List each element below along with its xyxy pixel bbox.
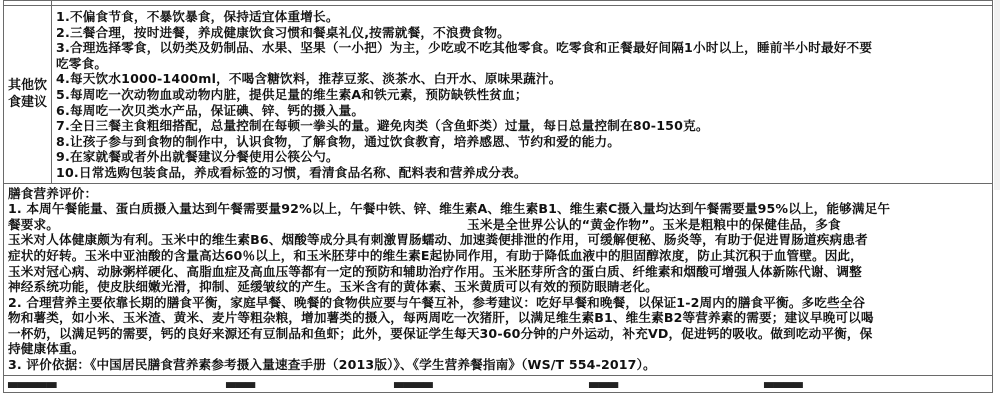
- evaluation-line: 物和薯类，如小米、玉米渣、黄米、麦片等粗杂粮，增加薯类的摄入，每两周吃一次猪肝，…: [8, 310, 988, 326]
- scroll-edge: [994, 0, 1000, 190]
- cropped-text-fragment: ▀▀▀▀: [764, 382, 803, 388]
- evaluation-title: 膳食营养评价：: [8, 186, 988, 202]
- evaluation-line: 1. 本周午餐能量、蛋白质摄入量达到午餐需要量92%以上，午餐中铁、锌、维生素A…: [8, 201, 988, 217]
- evaluation-line: 3. 评价依据：《中国居民膳食营养素参考摄入量速查手册（2013版）》、《学生营…: [8, 357, 988, 373]
- evaluation-line: 餐要求。 玉米是全世界公认的“黄金作物”。玉米是粗粮中的保健佳品，多食: [8, 217, 988, 233]
- advice-item: 8.让孩子参与到食物的制作中，认识食物，了解食物，通过饮食教育，培养感恩、节约和…: [56, 134, 988, 150]
- advice-item: 1.不偏食节食，不暴饮暴食，保持适宜体重增长。: [56, 9, 988, 25]
- advice-item: 4.每天饮水1000-1400ml，不喝含糖饮料，推荐豆浆、淡茶水、白开水、原味…: [56, 71, 988, 87]
- evaluation-line: 玉米对人体健康颇为有利。玉米中的维生素B6、烟酸等成分具有刺激胃肠蠕动、加速粪便…: [8, 232, 988, 248]
- evaluation-line: 症状的好转。玉米中亚油酸的含量高达60％以上，和玉米胚芽中的维生素E起协同作用，…: [8, 248, 988, 264]
- advice-item: 9.在家就餐或者外出就餐建议分餐使用公筷公勺。: [56, 149, 988, 165]
- advice-item-continued: 吃零食。: [56, 56, 988, 72]
- signature-row-clip: ▀▀▀▀▀ ▀▀▀ ▀▀▀▀ ▀▀▀ ▀▀▀▀: [4, 376, 992, 388]
- advice-item: 7.全日三餐主食粗细搭配，总量控制在每顿一拳头的量。避免肉类（含鱼虾类）过量，每…: [56, 118, 988, 134]
- signature-row-cropped: ▀▀▀▀▀ ▀▀▀ ▀▀▀▀ ▀▀▀ ▀▀▀▀: [4, 375, 993, 392]
- evaluation-line: 玉米对冠心病、动脉粥样硬化、高脂血症及高血压等都有一定的预防和辅助治疗作用。玉米…: [8, 264, 988, 280]
- other-diet-advice-label: 其他饮 食建议: [4, 6, 52, 184]
- advice-item: 2.三餐合理，按时进餐，养成健康饮食习惯和餐桌礼仪,按需就餐，不浪费食物。: [56, 25, 988, 41]
- evaluation-line: 一杯奶，以满足钙的需要，钙的良好来源还有豆制品和鱼虾；此外，要保证学生每天30-…: [8, 326, 988, 342]
- cropped-text-fragment: ▀▀▀: [589, 382, 618, 388]
- advice-item: 6.每周吃一次贝类水产品，保证碘、锌、钙的摄入量。: [56, 103, 988, 119]
- cropped-text-fragment: ▀▀▀▀: [394, 382, 433, 388]
- evaluation-line: 神经系统功能，使皮肤细嫩光滑，抑制、延缓皱纹的产生。玉米含有的黄体素、玉米黄质可…: [8, 279, 988, 295]
- other-diet-advice-row: 其他饮 食建议 1.不偏食节食，不暴饮暴食，保持适宜体重增长。 2.三餐合理，按…: [4, 6, 993, 184]
- advice-item: 3.合理选择零食，以奶类及奶制品、水果、坚果（一小把）为主，少吃或不吃其他零食。…: [56, 40, 988, 56]
- advice-item: 10.日常选购包装食品，养成看标签的习惯，看清食品名称、配料表和营养成分表。: [56, 165, 988, 181]
- cropped-text-fragment: ▀▀▀: [226, 382, 255, 388]
- nutrition-report-table: 其他饮 食建议 1.不偏食节食，不暴饮暴食，保持适宜体重增长。 2.三餐合理，按…: [3, 0, 993, 393]
- evaluation-line: 持健康体重。: [8, 341, 988, 357]
- advice-item: 5.每周吃一次动物血或动物内脏，提供足量的维生素A和铁元素，预防缺铁性贫血；: [56, 87, 988, 103]
- nutrition-evaluation-content: 膳食营养评价： 1. 本周午餐能量、蛋白质摄入量达到午餐需要量92%以上，午餐中…: [4, 183, 993, 375]
- nutrition-evaluation-row: 膳食营养评价： 1. 本周午餐能量、蛋白质摄入量达到午餐需要量92%以上，午餐中…: [4, 183, 993, 375]
- evaluation-line: 2. 合理营养主要依靠长期的膳食平衡，家庭早餐、晚餐的食物供应要与午餐互补，参考…: [8, 295, 988, 311]
- other-diet-advice-content: 1.不偏食节食，不暴饮暴食，保持适宜体重增长。 2.三餐合理，按时进餐，养成健康…: [52, 6, 993, 184]
- cropped-text-fragment: ▀▀▀▀▀: [8, 382, 56, 388]
